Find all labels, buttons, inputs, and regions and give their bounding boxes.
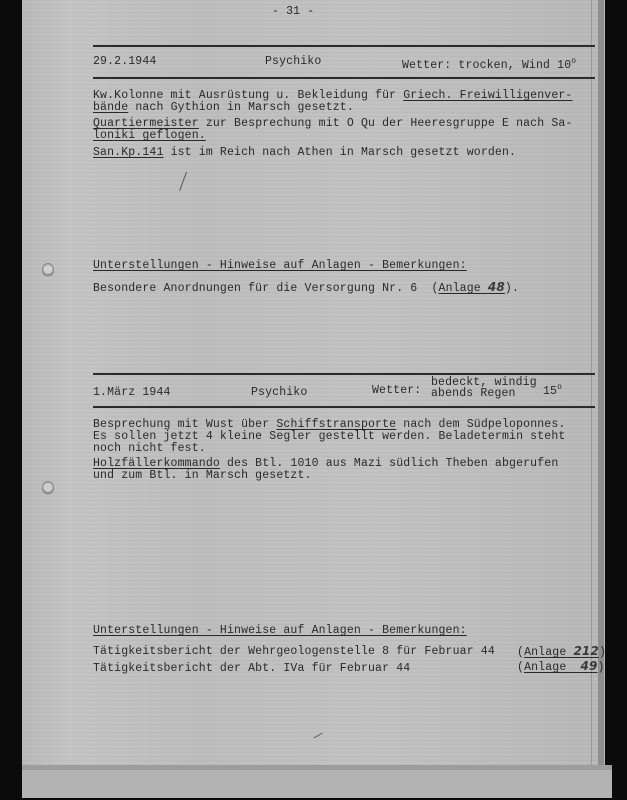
entry-date: 1.März 1944 bbox=[93, 386, 171, 399]
remark-item: Tätigkeitsbericht der Wehrgeologenstelle… bbox=[93, 645, 495, 658]
punch-hole-icon bbox=[42, 263, 54, 277]
remarks-heading: Unterstellungen - Hinweise auf Anlagen -… bbox=[93, 259, 467, 272]
entry-paragraph: noch nicht fest. bbox=[93, 443, 206, 455]
remark-item: Tätigkeitsbericht der Abt. IVa für Febru… bbox=[93, 662, 410, 675]
page-number: - 31 - bbox=[272, 5, 314, 18]
anlage-reference: (Anlage 49) bbox=[517, 660, 605, 674]
remark-item: Besondere Anordnungen für die Versorgung… bbox=[93, 281, 519, 295]
underlying-sheet bbox=[22, 770, 612, 798]
entry-paragraph: und zum Btl. in Marsch gesetzt. bbox=[93, 470, 312, 482]
punch-hole-icon bbox=[42, 481, 54, 495]
entry-paragraph: loniki geflogen. bbox=[93, 129, 206, 142]
entry-date: 29.2.1944 bbox=[93, 55, 156, 68]
entry-place: Psychiko bbox=[251, 386, 307, 399]
entry-weather-label: Wetter: bbox=[372, 384, 421, 397]
header-rule-bottom bbox=[93, 406, 595, 408]
header-rule-bottom bbox=[93, 77, 595, 79]
entry-paragraph: bände nach Gythion in Marsch gesetzt. bbox=[93, 101, 354, 114]
entry-weather: bedeckt, windig abends Regen bbox=[431, 377, 537, 399]
header-rule-top bbox=[93, 45, 595, 47]
header-rule-top bbox=[93, 373, 595, 375]
remarks-heading: Unterstellungen - Hinweise auf Anlagen -… bbox=[93, 624, 467, 637]
anlage-reference: (Anlage 212) bbox=[517, 645, 606, 659]
entry-weather: Wetter: trocken, Wind 10o bbox=[402, 55, 576, 72]
entry-temperature: 15o bbox=[543, 381, 562, 398]
entry-place: Psychiko bbox=[265, 55, 321, 68]
entry-paragraph: San.Kp.141 ist im Reich nach Athen in Ma… bbox=[93, 146, 516, 159]
